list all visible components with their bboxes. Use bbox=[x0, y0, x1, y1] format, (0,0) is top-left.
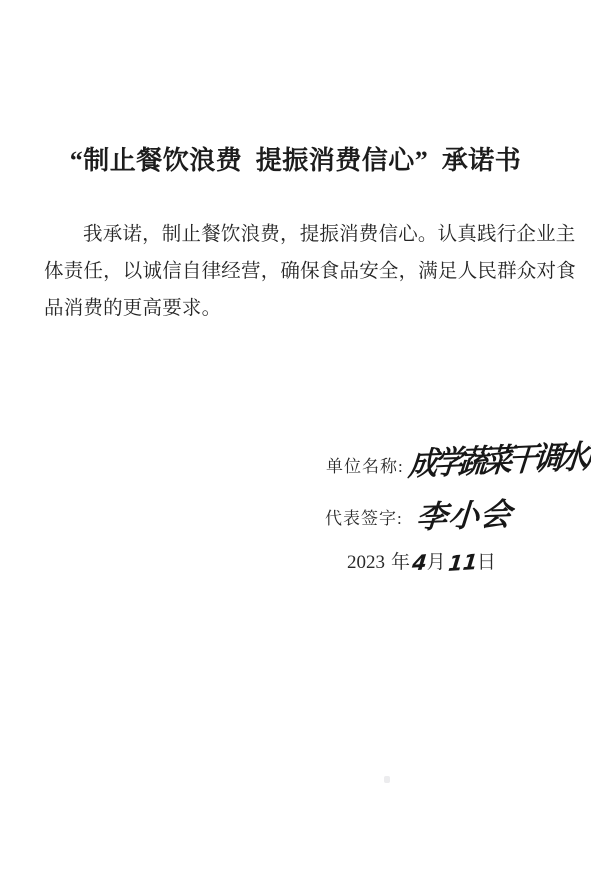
unit-name-row: 单位名称: 成学蔬菜干调水产店 bbox=[326, 449, 591, 483]
date-month-unit: 月 bbox=[427, 551, 446, 575]
scanned-commitment-letter-page: “制止餐饮浪费 提振消费信心” 承诺书 我承诺，制止餐饮浪费，提振消费信心。认真… bbox=[0, 0, 591, 886]
body-line: 品消费的更高要求。 bbox=[44, 290, 560, 327]
representative-signature-handwriting: 李小会 bbox=[415, 497, 513, 536]
representative-label: 代表签字: bbox=[325, 508, 403, 536]
date-month-handwritten: 4 bbox=[411, 550, 428, 575]
date-day-handwritten: 11 bbox=[447, 550, 479, 576]
body-line: 我承诺，制止餐饮浪费，提振消费信心。认真践行企业主 bbox=[44, 216, 560, 253]
representative-row: 代表签字: 李小会 bbox=[325, 500, 511, 536]
unit-name-handwriting: 成学蔬菜干调水产店 bbox=[407, 436, 591, 483]
body-line: 体责任，以诚信自律经营，确保食品安全，满足人民群众对食 bbox=[44, 253, 560, 290]
date-year: 2023 bbox=[347, 551, 385, 575]
document-title: “制止餐饮浪费 提振消费信心” 承诺书 bbox=[0, 143, 591, 179]
unit-name-label: 单位名称: bbox=[326, 456, 404, 483]
date-year-unit: 年 bbox=[391, 551, 410, 575]
date-day-unit: 日 bbox=[477, 551, 496, 575]
date-row: 2023 年 4 月 11 日 bbox=[347, 551, 496, 575]
scan-artifact-dot bbox=[384, 776, 390, 783]
body-paragraph: 我承诺，制止餐饮浪费，提振消费信心。认真践行企业主 体责任，以诚信自律经营，确保… bbox=[44, 216, 560, 327]
